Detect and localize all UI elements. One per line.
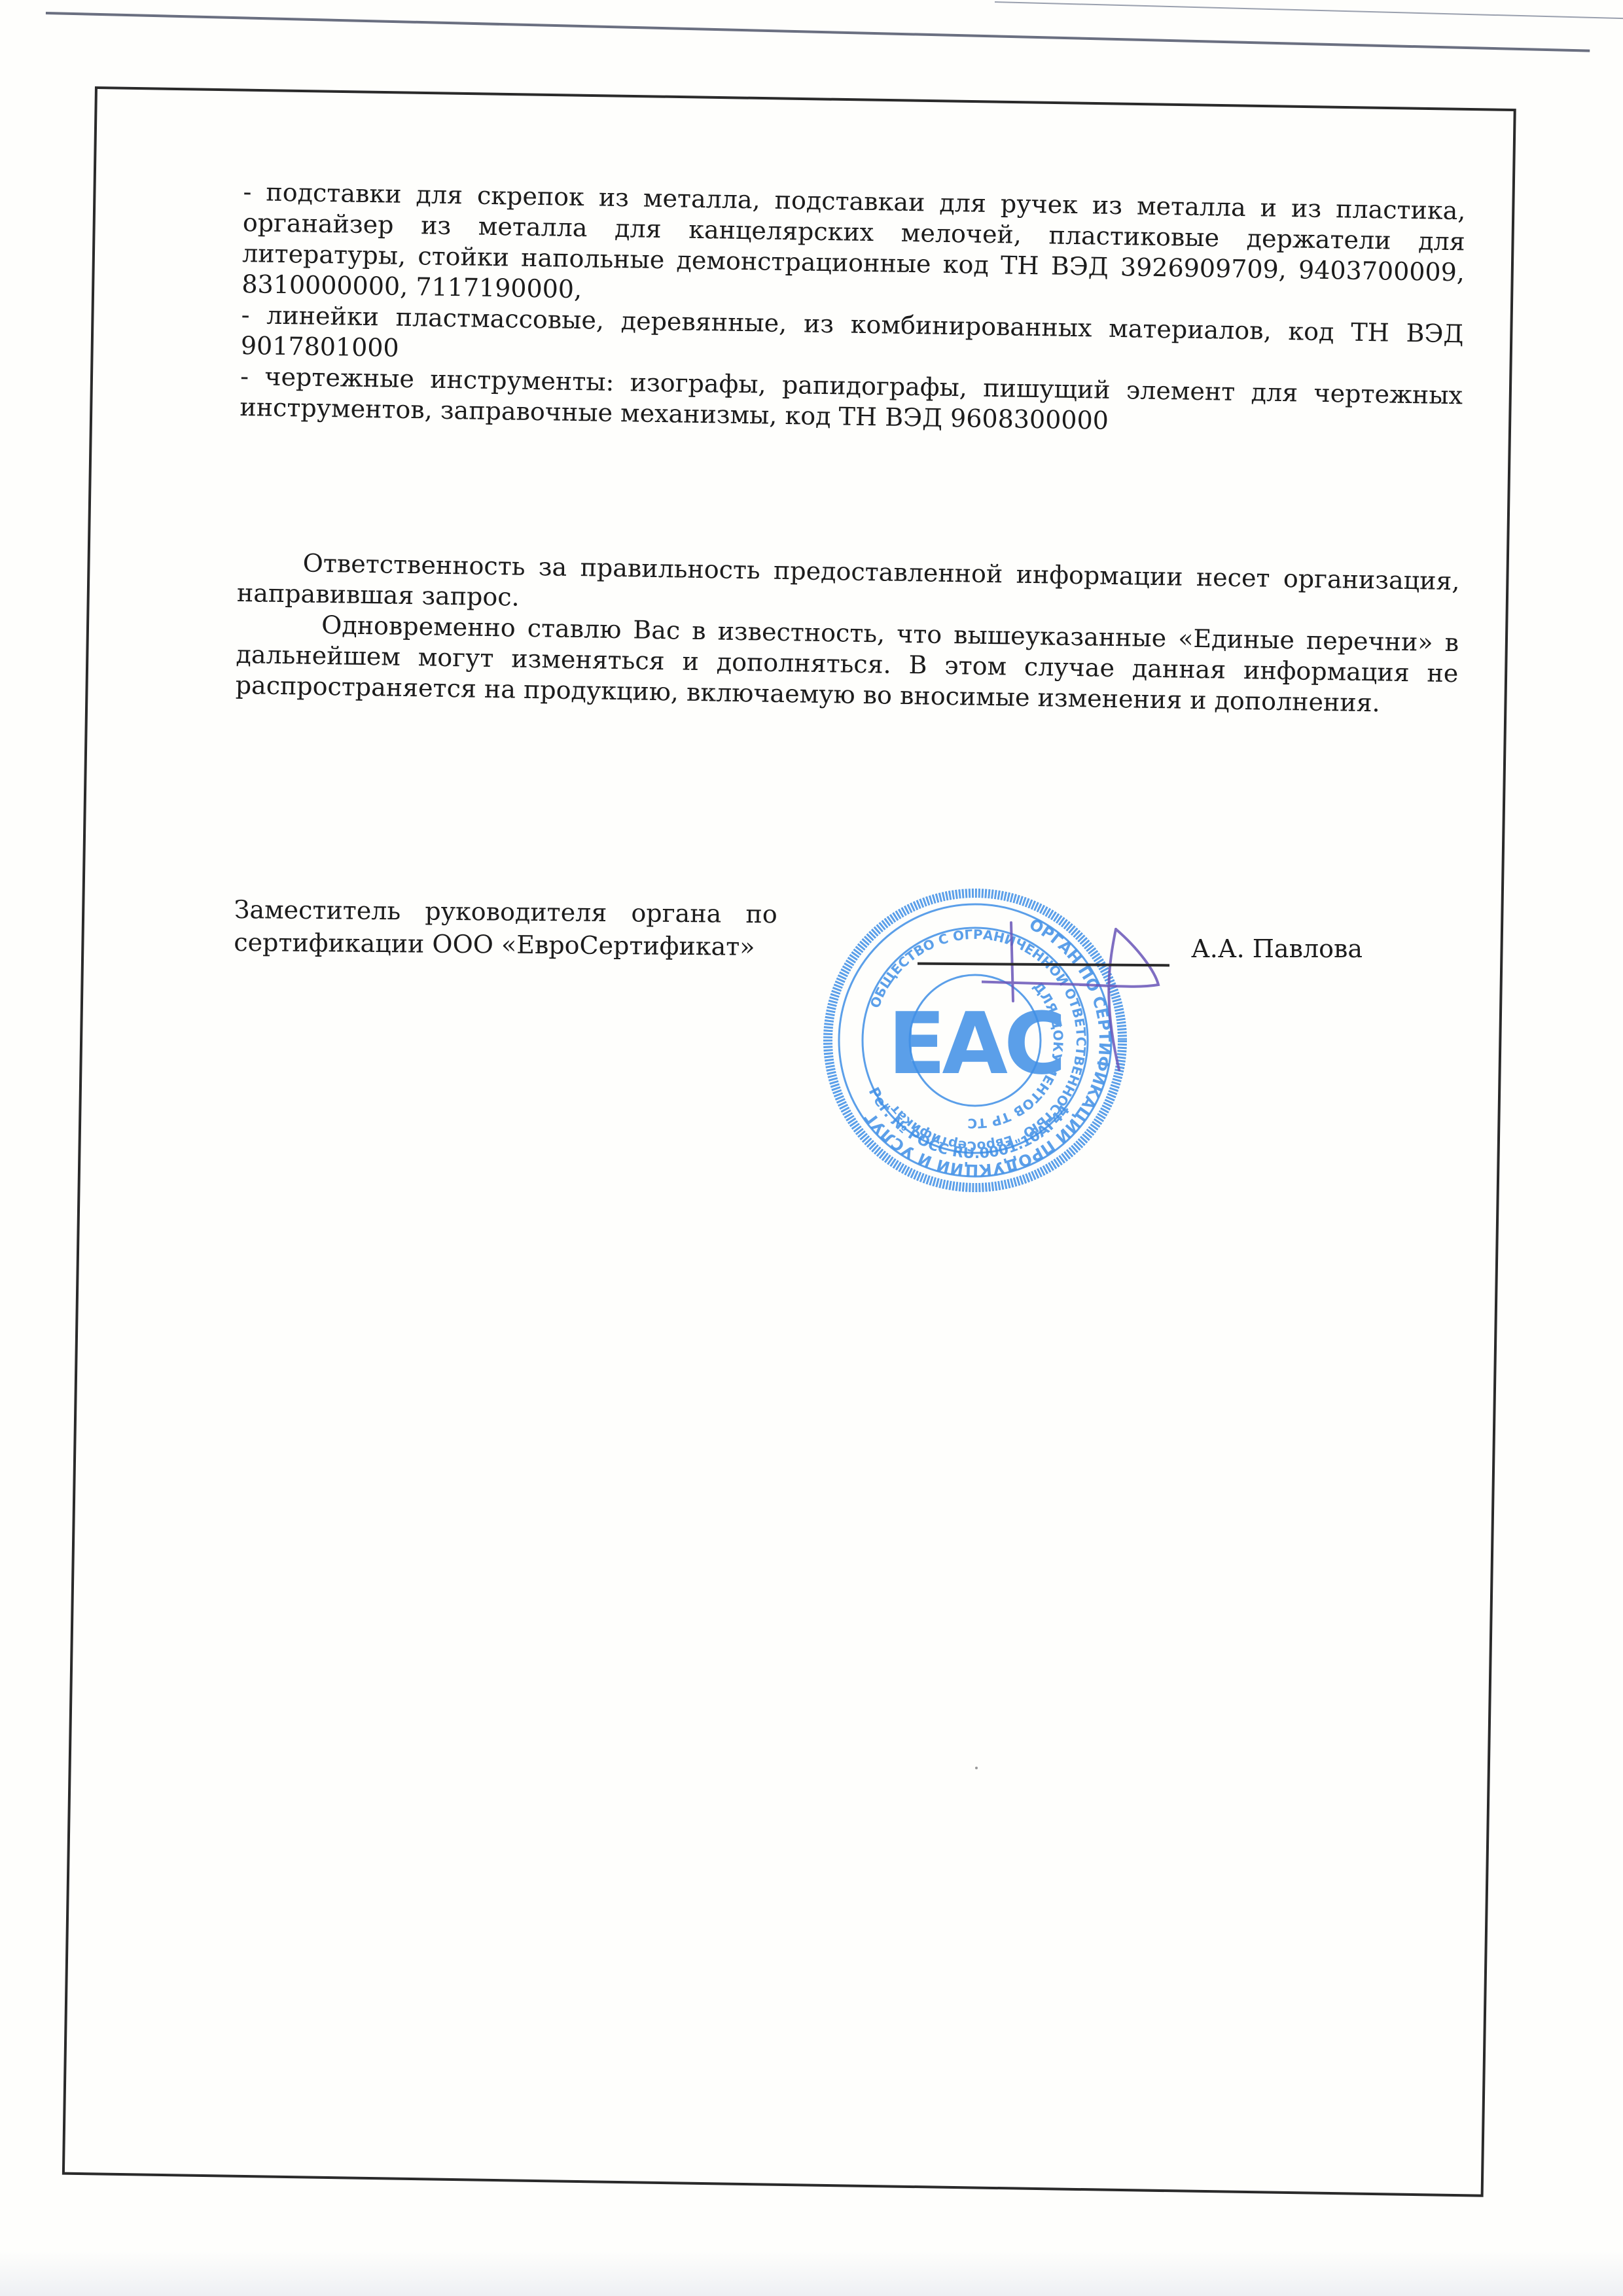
document-body: - подставки для скрепок из металла, подс…	[235, 177, 1465, 720]
scan-shadow	[0, 2251, 1623, 2296]
signatory-name: А.А. Павлова	[1191, 934, 1363, 963]
scan-edge-top	[46, 12, 1590, 52]
notice-paragraph: Одновременно ставлю Вас в известность, ч…	[235, 609, 1459, 720]
scan-speck	[975, 1767, 978, 1769]
handwritten-signature-icon	[982, 903, 1178, 1073]
product-item: - подставки для скрепок из металла, подс…	[241, 177, 1466, 319]
scan-edge-top-secondary	[995, 1, 1623, 20]
signatory-title: Заместитель руководителя органа по серти…	[234, 893, 777, 963]
